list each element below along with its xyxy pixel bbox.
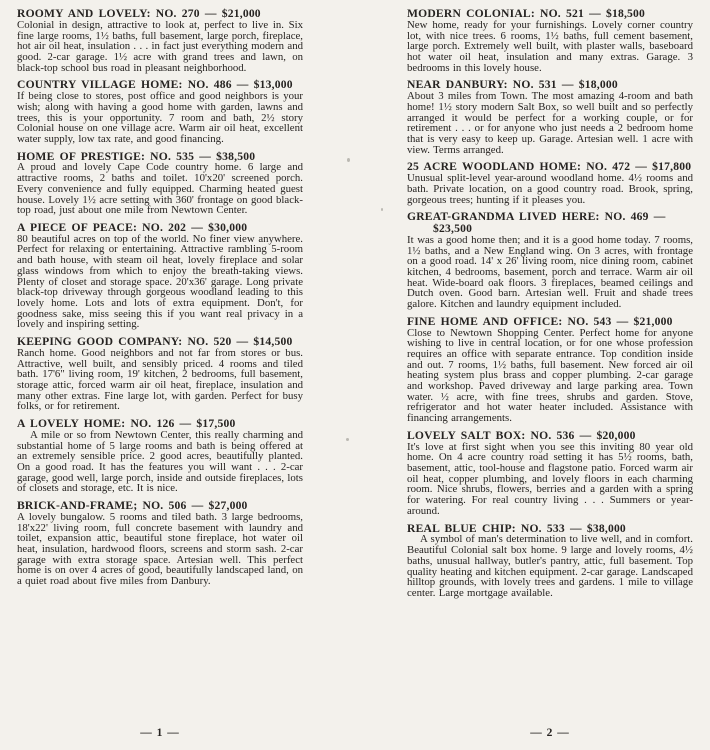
listing-body: Unusual split-level year-around woodland… [407,173,693,205]
listing: KEEPING GOOD COMPANY: NO. 520 — $14,500R… [17,336,303,412]
listing: REAL BLUE CHIP: NO. 533 — $38,000A symbo… [407,523,693,599]
listing-body: If being close to stores, post office an… [17,91,303,145]
listing-body: 80 beautiful acres on top of the world. … [17,234,303,330]
listing: A LOVELY HOME: NO. 126 — $17,500A mile o… [17,418,303,494]
listing-heading: LOVELY SALT BOX: NO. 536 — $20,000 [407,430,693,442]
listing: FINE HOME AND OFFICE: NO. 543 — $21,000C… [407,316,693,424]
listing: ROOMY AND LOVELY: NO. 270 — $21,000Colon… [17,8,303,73]
listing: HOME OF PRESTIGE: NO. 535 — $38,500A pro… [17,151,303,216]
page-number-1: — 1 — [17,727,303,739]
print-speck [381,208,383,211]
print-speck [347,158,350,162]
listing: MODERN COLONIAL: NO. 521 — $18,500New ho… [407,8,693,73]
listing: LOVELY SALT BOX: NO. 536 — $20,000It's l… [407,430,693,517]
listing: GREAT-GRANDMA LIVED HERE: NO. 469 — $23,… [407,211,693,310]
page-number-2: — 2 — [407,727,693,739]
listing-body: A mile or so from Newtown Center, this r… [17,430,303,494]
listing-body: A lovely bungalow. 5 rooms and tiled bat… [17,512,303,587]
listing-body: Colonial in design, attractive to look a… [17,20,303,74]
listing-body: Ranch home. Good neighbors and not far f… [17,348,303,412]
listing-body: About 3 miles from Town. The most amazin… [407,91,693,155]
listing-heading: A PIECE OF PEACE: NO. 202 — $30,000 [17,222,303,234]
classifieds-page: ROOMY AND LOVELY: NO. 270 — $21,000Colon… [0,0,710,750]
listing-body: Close to Newtown Shopping Center. Perfec… [407,328,693,424]
listing-body: It was a good home then; and it is a goo… [407,235,693,310]
listing-heading: GREAT-GRANDMA LIVED HERE: NO. 469 — $23,… [407,211,693,235]
listing-body: A symbol of man's determination to live … [407,534,693,598]
column-1: ROOMY AND LOVELY: NO. 270 — $21,000Colon… [17,8,303,593]
listing: A PIECE OF PEACE: NO. 202 — $30,00080 be… [17,222,303,330]
listing-body: A proud and lovely Cape Code country hom… [17,162,303,216]
listing: NEAR DANBURY: NO. 531 — $18,000About 3 m… [407,79,693,155]
listing-heading: FINE HOME AND OFFICE: NO. 543 — $21,000 [407,316,693,328]
listing: COUNTRY VILLAGE HOME: NO. 486 — $13,000I… [17,79,303,144]
listing-body: It's love at first sight when you see th… [407,442,693,517]
column-2: MODERN COLONIAL: NO. 521 — $18,500New ho… [407,8,693,605]
listing-body: New home, ready for your furnishings. Lo… [407,20,693,74]
listing: BRICK-AND-FRAME; NO. 506 — $27,000A love… [17,500,303,587]
print-speck [346,438,349,441]
listing: 25 ACRE WOODLAND HOME: NO. 472 — $17,800… [407,161,693,205]
